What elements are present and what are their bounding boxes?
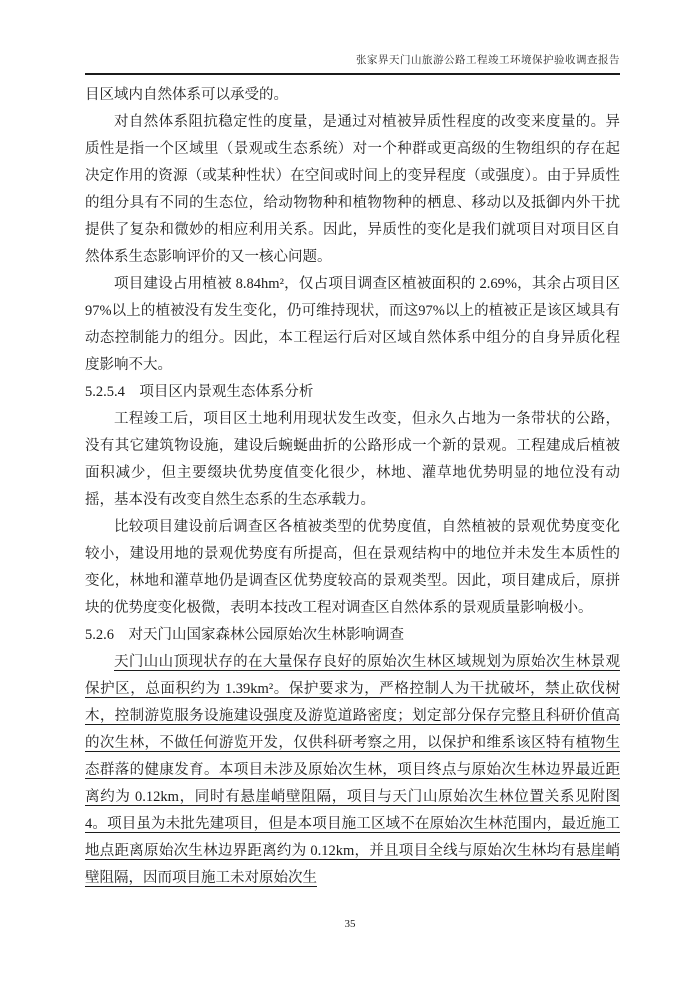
paragraph-landscape-2: 比较项目建设前后调查区各植被类型的优势度值，自然植被的景观优势度变化较小，建设用… [85,514,620,622]
paragraph-primary-forest-underlined: 天门山山顶现状存的在大量保存良好的原始次生林区域规划为原始次生林景观保护区，总面… [85,649,620,892]
header-title: 张家界天门山旅游公路工程竣工环境保护验收调查报告 [356,55,620,66]
section-heading-5-2-5-4: 5.2.5.4 项目区内景观生态体系分析 [85,379,620,406]
paragraph-continued: 目区域内自然体系可以承受的。 [85,82,620,109]
page-header: 张家界天门山旅游公路工程竣工环境保护验收调查报告 [85,54,620,75]
document-page: 张家界天门山旅游公路工程竣工环境保护验收调查报告 目区域内自然体系可以承受的。 … [0,0,700,990]
section-heading-5-2-6: 5.2.6 对天门山国家森林公园原始次生林影响调查 [85,622,620,649]
document-body: 目区域内自然体系可以承受的。 对自然体系阻抗稳定性的度量，是通过对植被异质性程度… [85,82,620,892]
paragraph-landscape-1: 工程竣工后，项目区土地利用现状发生改变，但永久占地为一条带状的公路，没有其它建筑… [85,406,620,514]
paragraph-vegetation-occupation: 项目建设占用植被 8.84hm²，仅占项目调查区植被面积的 2.69%，其余占项… [85,271,620,379]
page-number: 35 [0,918,700,930]
paragraph-heterogeneity: 对自然体系阻抗稳定性的度量，是通过对植被异质性程度的改变来度量的。异质性是指一个… [85,109,620,271]
